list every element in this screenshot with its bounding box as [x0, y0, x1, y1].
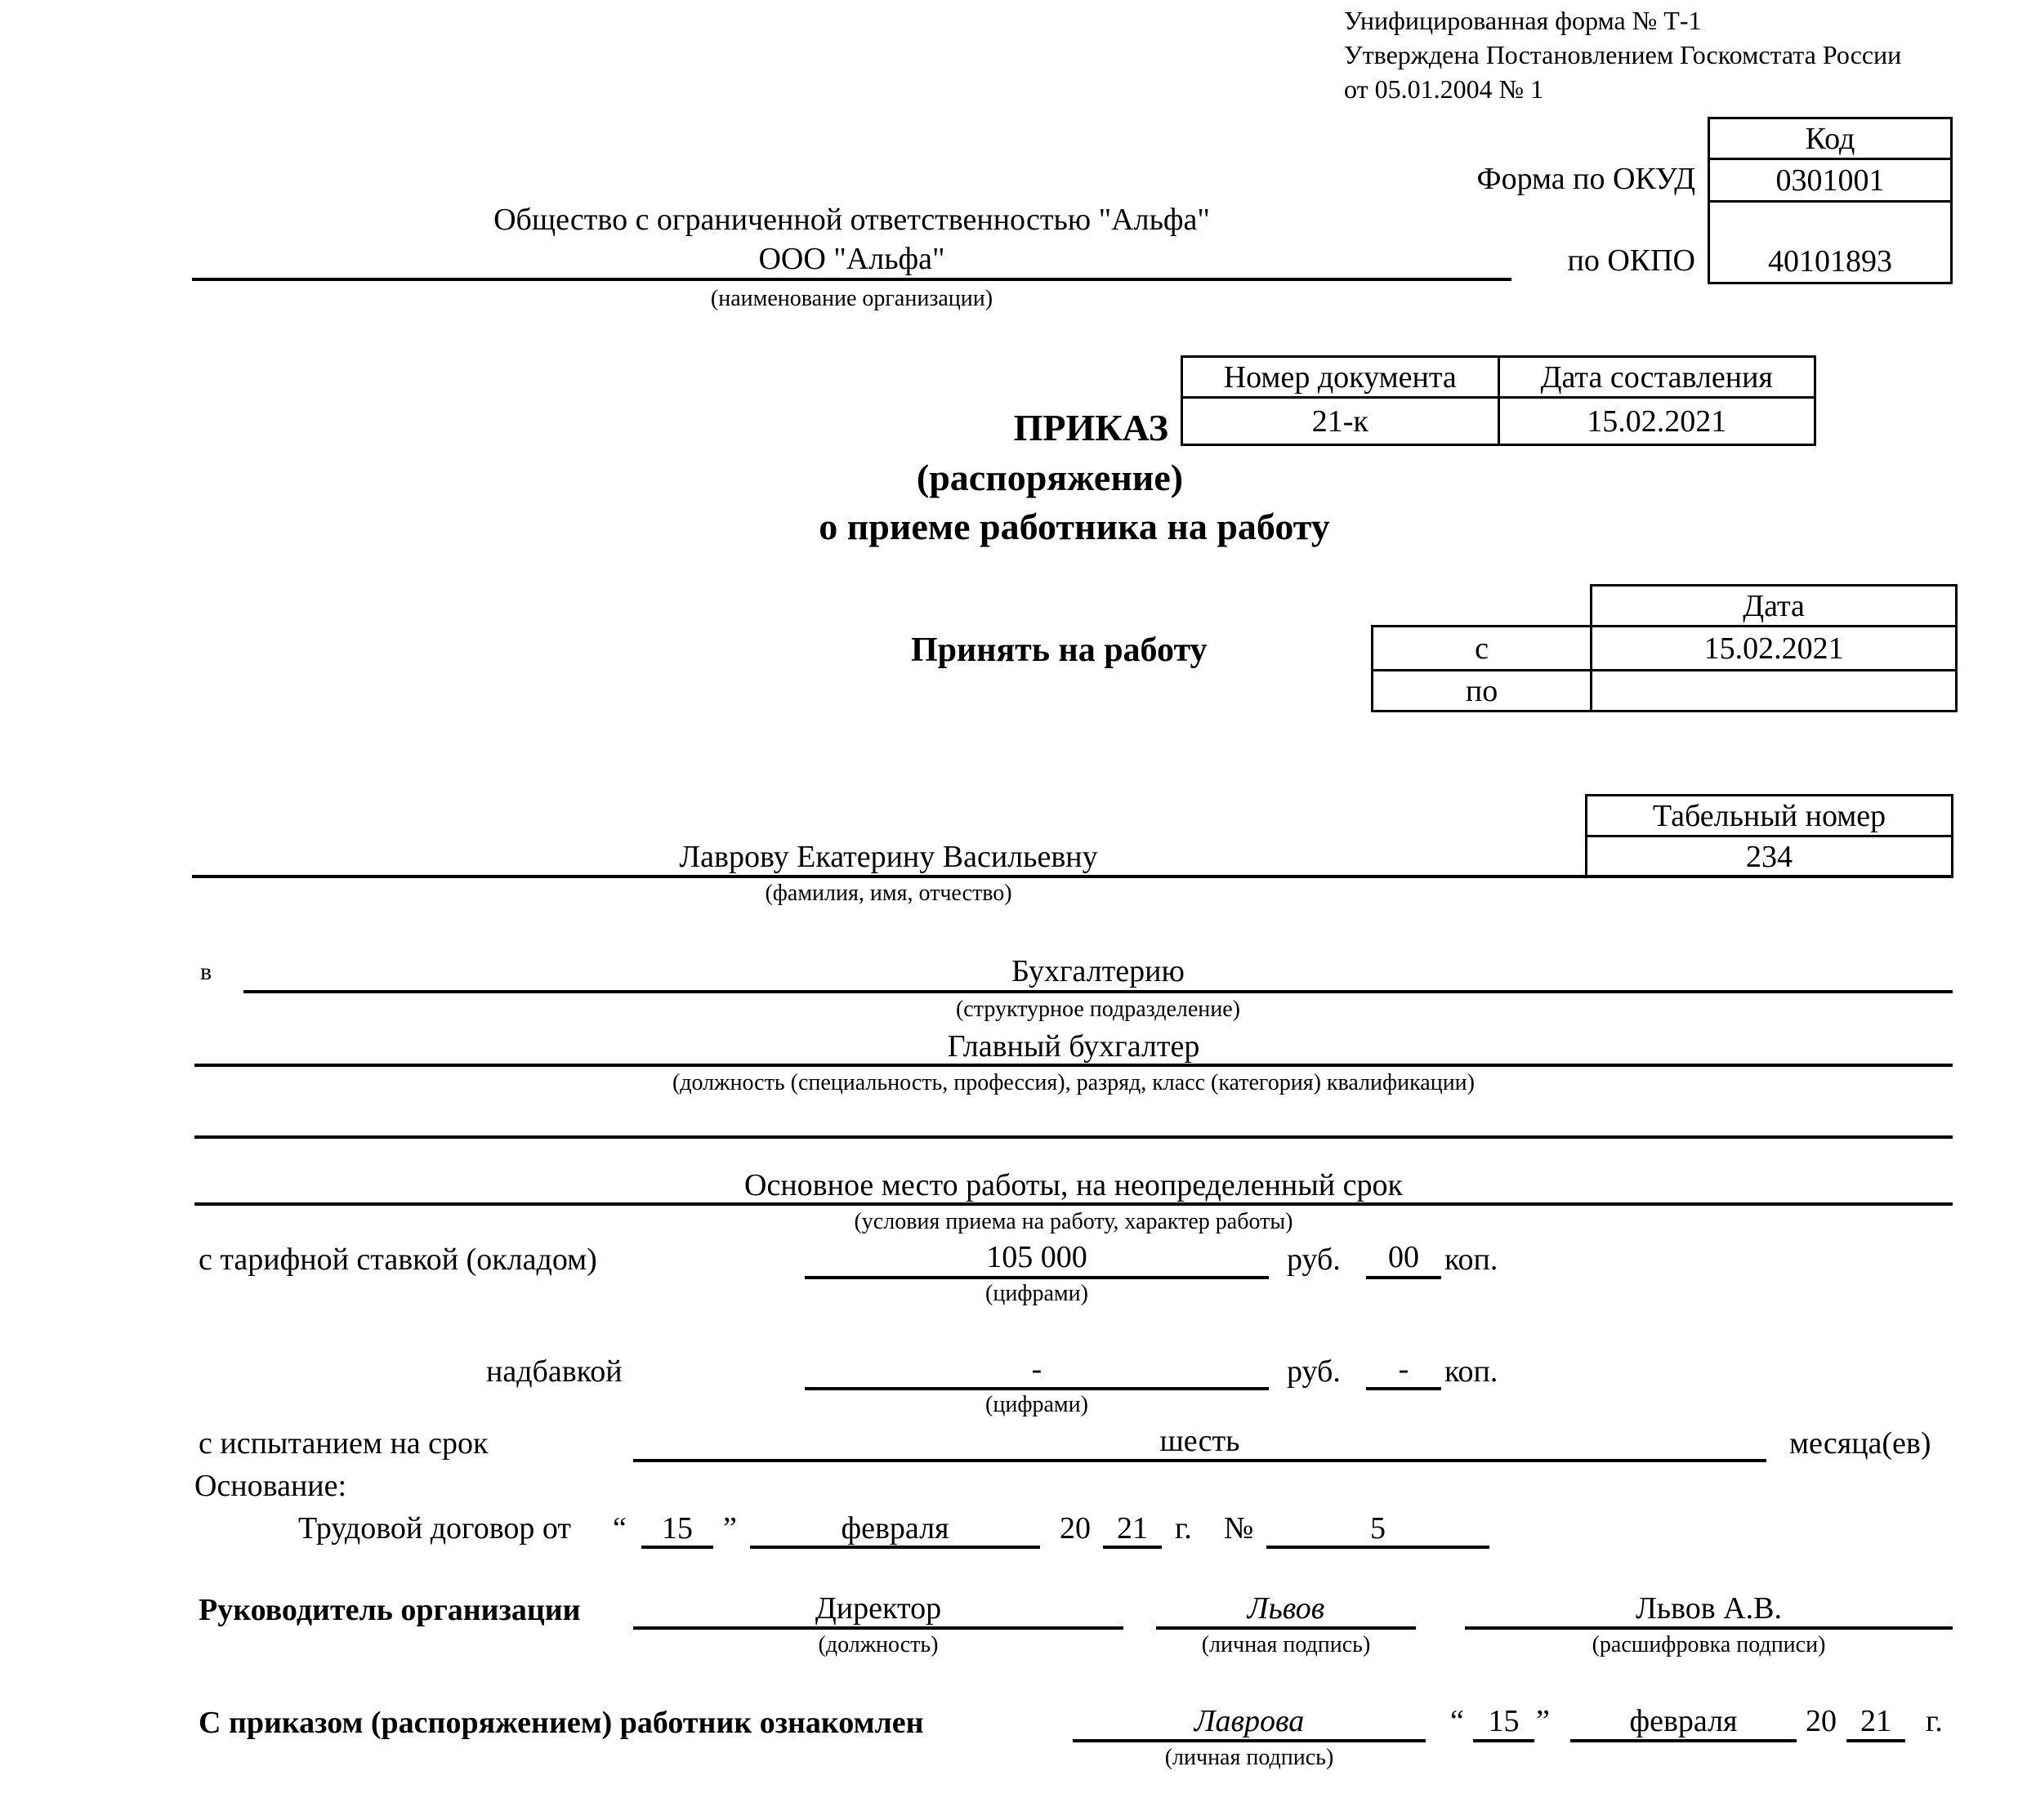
head-decoded: Львов А.В.: [1465, 1593, 1953, 1624]
contract-number-line: [1266, 1546, 1489, 1549]
employee-signature-line: [1073, 1739, 1426, 1742]
bonus-hint: (цифрами): [805, 1394, 1269, 1416]
salary-kop-label: коп.: [1444, 1244, 1498, 1275]
salary-hint: (цифрами): [805, 1282, 1269, 1305]
bonus-rub-label: руб.: [1287, 1356, 1341, 1387]
position-line: [194, 1064, 1953, 1067]
doc-date-header: Дата составления: [1498, 357, 1815, 398]
contract-number-label: №: [1224, 1513, 1253, 1544]
salary-rub-line: [805, 1276, 1269, 1279]
salary-kop-value: 00: [1366, 1242, 1441, 1273]
hire-label: Принять на работу: [911, 633, 1208, 667]
acknowledged-label: С приказом (распоряжением) работник озна…: [199, 1707, 924, 1738]
bonus-label: надбавкой: [486, 1356, 623, 1387]
org-name-hint: (наименование организации): [192, 288, 1511, 310]
bonus-kop-value: -: [1366, 1354, 1441, 1385]
form-date-line: от 05.01.2004 № 1: [1344, 72, 1901, 106]
org-short-name: ООО "Альфа": [192, 243, 1511, 274]
salary-rub-value: 105 000: [805, 1242, 1269, 1273]
contract-label: Трудовой договор от: [298, 1513, 571, 1544]
hire-to-label: по: [1373, 671, 1592, 711]
employee-name-line: [192, 875, 1953, 878]
probation-line: [633, 1459, 1766, 1462]
contract-close-quote: ”: [723, 1513, 737, 1544]
head-signature-line: [1156, 1626, 1416, 1630]
code-header: Код: [1709, 118, 1952, 159]
ack-year-label: г.: [1926, 1706, 1943, 1737]
salary-label: с тарифной ставкой (окладом): [199, 1244, 597, 1275]
ack-year-line: [1846, 1739, 1905, 1742]
position-extra-line: [194, 1135, 1953, 1139]
contract-year-line: [1103, 1546, 1162, 1549]
bonus-kop-line: [1366, 1387, 1441, 1390]
contract-day-line: [641, 1546, 713, 1549]
codes-table: Код 0301001 40101893: [1708, 117, 1953, 284]
ack-close-quote: ”: [1536, 1706, 1550, 1737]
contract-number: 5: [1266, 1513, 1489, 1544]
okud-label: Форма по ОКУД: [1438, 163, 1695, 194]
ack-year-suffix: 21: [1846, 1706, 1905, 1737]
form-number-line: Унифицированная форма № Т-1: [1344, 3, 1901, 38]
head-position-hint: (должность): [633, 1634, 1123, 1657]
department-prefix: в: [200, 960, 212, 984]
tab-number-header: Табельный номер: [1587, 796, 1953, 836]
doc-number-value: 21-к: [1182, 398, 1499, 445]
form-approved-line: Утверждена Постановлением Госкомстата Ро…: [1344, 38, 1901, 72]
ack-year-prefix: 20: [1806, 1706, 1837, 1737]
head-decoded-line: [1465, 1626, 1953, 1630]
basis-label: Основание:: [194, 1470, 346, 1501]
head-signature-hint: (личная подпись): [1156, 1634, 1416, 1657]
probation-value: шесть: [633, 1425, 1766, 1456]
probation-unit: месяца(ев): [1789, 1428, 1931, 1459]
okpo-value: 40101893: [1709, 202, 1952, 283]
ack-open-quote: “: [1450, 1706, 1464, 1737]
conditions-value: Основное место работы, на неопределенный…: [194, 1170, 1953, 1201]
conditions-hint: (условия приема на работу, характер рабо…: [194, 1211, 1953, 1233]
order-title: ПРИКАЗ: [940, 406, 1168, 449]
hire-from-label: с: [1373, 627, 1592, 671]
head-decoded-hint: (расшифровка подписи): [1465, 1634, 1953, 1657]
ack-month-line: [1570, 1739, 1797, 1742]
document-table: Номер документа Дата составления 21-к 15…: [1181, 355, 1816, 446]
contract-year-label: г.: [1175, 1513, 1192, 1544]
form-header: Унифицированная форма № Т-1 Утверждена П…: [1344, 3, 1901, 106]
probation-label: с испытанием на срок: [199, 1428, 489, 1459]
department-line: [243, 990, 1953, 993]
bonus-rub-line: [805, 1387, 1269, 1390]
empty-cell: [1373, 586, 1592, 627]
department-value: Бухгалтерию: [243, 956, 1953, 987]
contract-day: 15: [641, 1513, 713, 1544]
ack-day: 15: [1473, 1706, 1534, 1737]
head-signature: Львов: [1156, 1593, 1416, 1624]
contract-year-prefix: 20: [1060, 1513, 1091, 1544]
ack-day-line: [1473, 1739, 1534, 1742]
position-value: Главный бухгалтер: [194, 1031, 1953, 1062]
doc-number-header: Номер документа: [1182, 357, 1499, 398]
order-subject: о приеме работника на работу: [641, 505, 1507, 548]
contract-open-quote: “: [613, 1513, 627, 1544]
org-full-name: Общество с ограниченной ответственностью…: [192, 204, 1511, 235]
conditions-line: [194, 1202, 1953, 1206]
head-label: Руководитель организации: [199, 1595, 581, 1626]
hire-from-value: 15.02.2021: [1592, 627, 1957, 671]
contract-month-line: [750, 1546, 1040, 1549]
hire-to-value: [1592, 671, 1957, 711]
ack-month: февраля: [1570, 1706, 1797, 1737]
bonus-kop-label: коп.: [1444, 1356, 1498, 1387]
position-hint: (должность (специальность, профессия), р…: [194, 1072, 1953, 1095]
contract-month: февраля: [750, 1513, 1040, 1544]
bonus-rub-value: -: [805, 1354, 1269, 1385]
employee-signature-hint: (личная подпись): [1073, 1746, 1426, 1769]
employee-signature: Лаврова: [1073, 1706, 1426, 1737]
order-subtitle: (распоряжение): [682, 456, 1418, 499]
salary-rub-label: руб.: [1287, 1244, 1341, 1275]
hire-date-table: Дата с 15.02.2021 по: [1371, 584, 1958, 712]
tab-number-table: Табельный номер 234: [1585, 794, 1953, 878]
contract-year-suffix: 21: [1103, 1513, 1162, 1544]
head-position: Директор: [633, 1593, 1123, 1624]
salary-kop-line: [1366, 1276, 1441, 1279]
employee-name-hint: (фамилия, имя, отчество): [192, 882, 1585, 905]
doc-date-value: 15.02.2021: [1498, 398, 1815, 445]
tab-number-value: 234: [1587, 836, 1953, 877]
okud-value: 0301001: [1709, 159, 1952, 202]
employee-name: Лаврову Екатерину Васильевну: [192, 841, 1585, 872]
hire-date-header: Дата: [1592, 586, 1957, 627]
head-position-line: [633, 1626, 1123, 1630]
org-name-line: [192, 278, 1511, 281]
department-hint: (структурное подразделение): [243, 998, 1953, 1021]
